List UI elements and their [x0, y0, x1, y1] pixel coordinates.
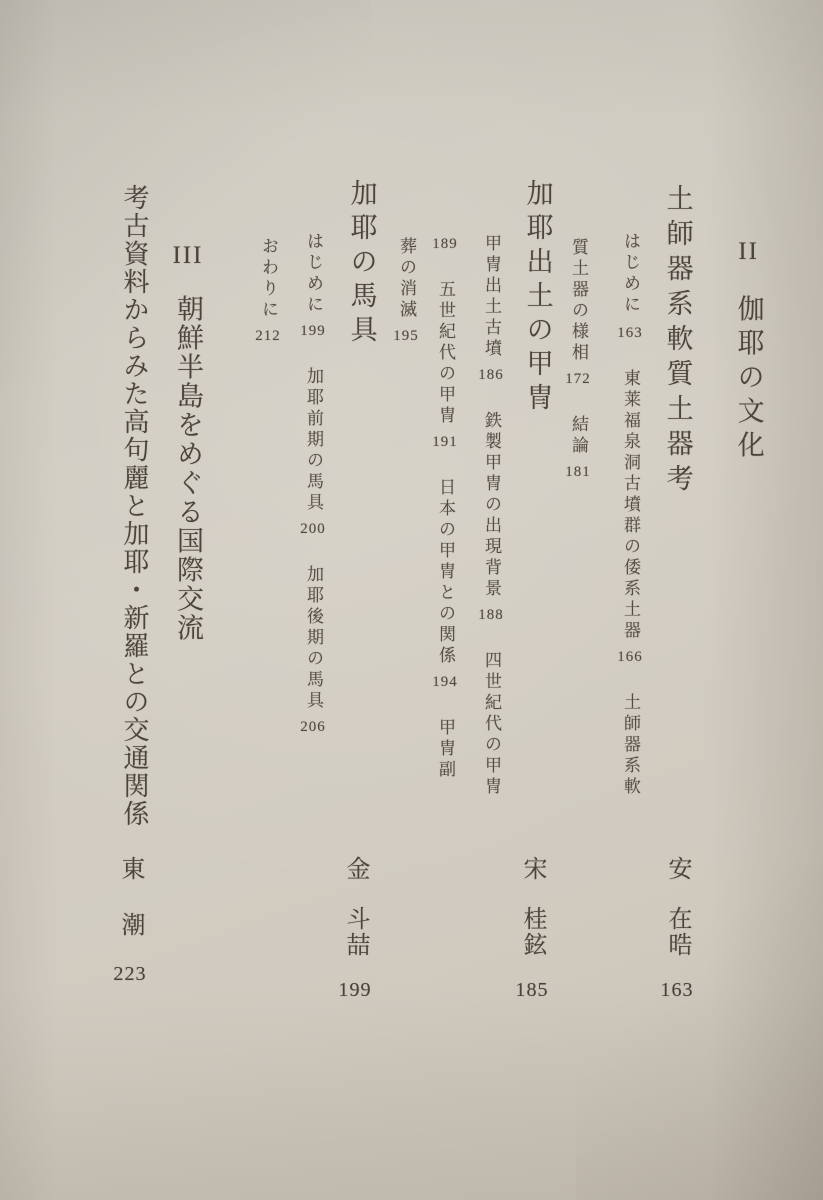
spacer — [445, 690, 446, 718]
author-kim-ducheol: 金斗喆199 — [338, 856, 371, 1000]
spacer — [354, 882, 355, 906]
spacer — [748, 265, 749, 295]
chapter-title-bagu: 加耶の馬具 — [346, 179, 375, 349]
toc-text: 土師器系軟質土器考 — [663, 184, 693, 499]
toc-text: 在晧 — [664, 906, 690, 958]
toc-text: はじめに — [304, 232, 323, 316]
chapter-start-page-number: 223 — [113, 964, 146, 984]
spacer — [630, 341, 631, 369]
section-2-heading: II伽耶の文化 — [733, 240, 762, 465]
spacer — [313, 339, 314, 367]
spacer — [630, 665, 631, 693]
toc-text: 土師器系軟 — [621, 693, 640, 798]
spacer — [491, 623, 492, 651]
author-azuma-ushio: 東潮223 — [113, 856, 146, 984]
section-3-heading: III朝鮮半島をめぐる国際交流 — [173, 244, 204, 643]
section-numeral: II — [738, 240, 759, 265]
page-number: 189 — [432, 237, 457, 252]
toc-text: 結論 — [569, 415, 588, 457]
toc-text: 金 — [342, 856, 368, 882]
toc-text: 五世紀代の甲冑 — [436, 280, 455, 427]
page-number: 199 — [300, 324, 325, 339]
toc-text: 桂鉉 — [519, 906, 545, 958]
spacer — [676, 882, 677, 906]
page-number: 200 — [300, 522, 325, 537]
page-number: 186 — [478, 368, 503, 383]
chapter-title-haji-doki: 土師器系軟質土器考 — [662, 184, 691, 499]
toc-text: 鉄製甲冑の出現背景 — [482, 411, 501, 600]
page-number: 172 — [565, 372, 590, 387]
entries-col-2a: 甲冑出土古墳186鉄製甲冑の出現背景188四世紀代の甲冑 — [478, 234, 503, 798]
spacer — [445, 450, 446, 478]
page-number: 212 — [255, 329, 280, 344]
entries-col-2c: 葬の消滅195 — [393, 237, 418, 344]
spacer — [313, 537, 314, 565]
toc-text: 質土器の様相 — [569, 238, 588, 364]
toc-text: 伽耶の文化 — [734, 295, 764, 465]
entries-col-1a: はじめに163東莱福泉洞古墳群の倭系土器166土師器系軟 — [617, 232, 642, 798]
spacer — [445, 252, 446, 280]
author-an-jaeho: 安在晧163 — [660, 856, 693, 1000]
chapter-title-katchu: 加耶出土の甲冑 — [522, 179, 551, 417]
toc-text: 甲冑出土古墳 — [482, 234, 501, 360]
toc-text: 葬の消滅 — [397, 237, 416, 321]
toc-text: 甲冑副 — [436, 718, 455, 781]
toc-text: 考古資料からみた高句麗と加耶・新羅との交通関係 — [120, 184, 149, 828]
toc-text: 加耶前期の馬具 — [304, 367, 323, 514]
spacer — [676, 958, 677, 980]
toc-text: 日本の甲冑との関係 — [436, 478, 455, 667]
page-number: 191 — [432, 435, 457, 450]
toc-text: 加耶の馬具 — [347, 179, 377, 349]
entries-col-3b: おわりに212 — [255, 237, 280, 344]
paper-shadow-bottom-right — [576, 864, 823, 1200]
page-number: 194 — [432, 675, 457, 690]
toc-text: 斗喆 — [342, 906, 368, 958]
spacer — [129, 938, 130, 964]
spacer — [188, 269, 189, 295]
toc-text: 加耶出土の甲冑 — [523, 179, 553, 417]
spacer — [129, 882, 130, 912]
toc-text: 宋 — [519, 856, 545, 882]
toc-text: 安 — [664, 856, 690, 882]
toc-text: おわりに — [259, 237, 278, 321]
page-number: 195 — [393, 329, 418, 344]
chapter-title-kokusai: 考古資料からみた高句麗と加耶・新羅との交通関係 — [120, 184, 148, 828]
entries-col-2b: 189五世紀代の甲冑191日本の甲冑との関係194甲冑副 — [432, 237, 457, 781]
page-number: 206 — [300, 720, 325, 735]
toc-text: 東莱福泉洞古墳群の倭系土器 — [621, 369, 640, 642]
section-numeral: III — [173, 244, 204, 269]
spacer — [531, 882, 532, 906]
page-number: 188 — [478, 608, 503, 623]
toc-text: 東 — [117, 856, 143, 882]
spacer — [354, 958, 355, 980]
page-number: 163 — [617, 326, 642, 341]
entries-col-3a: はじめに199加耶前期の馬具200加耶後期の馬具206 — [300, 232, 325, 735]
entries-col-1b: 質土器の様相172結論181 — [565, 238, 590, 480]
book-toc-page: II伽耶の文化土師器系軟質土器考はじめに163東莱福泉洞古墳群の倭系土器166土… — [0, 0, 823, 1200]
page-number: 181 — [565, 465, 590, 480]
toc-text: 四世紀代の甲冑 — [482, 651, 501, 798]
author-song-gyehyeon: 宋桂鉉185 — [515, 856, 548, 1000]
toc-text: はじめに — [621, 232, 640, 316]
spacer — [491, 383, 492, 411]
toc-text: 加耶後期の馬具 — [304, 565, 323, 712]
toc-text: 朝鮮半島をめぐる国際交流 — [173, 295, 203, 643]
spacer — [578, 387, 579, 415]
spacer — [531, 958, 532, 980]
page-number: 166 — [617, 650, 642, 665]
toc-text: 潮 — [117, 912, 143, 938]
chapter-start-page-number: 185 — [515, 980, 548, 1000]
chapter-start-page-number: 199 — [338, 980, 371, 1000]
chapter-start-page-number: 163 — [660, 980, 693, 1000]
